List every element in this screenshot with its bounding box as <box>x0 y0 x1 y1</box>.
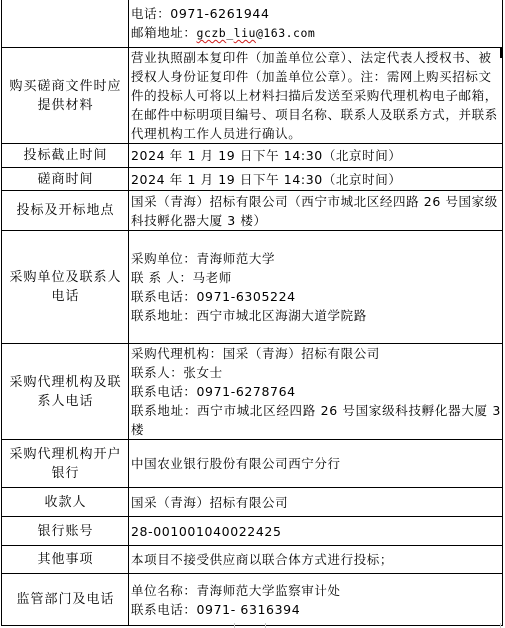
agency-phone: 联系电话：0971-6278764 <box>131 382 501 401</box>
table-row-required-materials: 购买磋商文件时应提供材料 营业执照副本复印件（加盖单位公章）、法定代表人授权书、… <box>2 48 503 144</box>
row-value: 采购单位：青海师范大学 联 系 人：马老师 联系电话：0971-6305224 … <box>129 231 503 344</box>
purchaser-contact-person: 联 系 人：马老师 <box>131 268 501 287</box>
row-value: 电话：0971-6261944 邮箱地址：gczb_liu@163.com <box>129 0 503 48</box>
row-value: 本项目不接受供应商以联合体方式进行投标； <box>129 546 503 574</box>
supervision-phone: 联系电话：0971- 6316394 <box>131 600 501 619</box>
page-edge-artifact <box>500 623 504 628</box>
table-row-other-matters: 其他事项 本项目不接受供应商以联合体方式进行投标； <box>2 546 503 574</box>
supervision-unit: 单位名称：青海师范大学监察审计处 <box>131 581 501 600</box>
email-local-part-b: liu <box>234 26 256 40</box>
tender-info-table: 电话：0971-6261944 邮箱地址：gczb_liu@163.com 购买… <box>1 0 503 626</box>
row-value: 2024 年 1 月 19 日下午 14:30（北京时间） <box>129 144 503 168</box>
row-label: 投标截止时间 <box>2 144 129 168</box>
purchaser-address: 联系地址：西宁市城北区海湖大道学院路 <box>131 306 501 325</box>
row-label: 采购代理机构及联系人电话 <box>2 344 129 440</box>
table-row-purchaser-contact: 采购单位及联系人电话 采购单位：青海师范大学 联 系 人：马老师 联系电话：09… <box>2 231 503 344</box>
row-label: 投标及开标地点 <box>2 191 129 231</box>
purchaser-unit: 采购单位：青海师范大学 <box>131 249 501 268</box>
phone-line: 电话：0971-6261944 <box>131 4 501 23</box>
row-value: 单位名称：青海师范大学监察审计处 联系电话：0971- 6316394 <box>129 574 503 626</box>
row-value: 采购代理机构：国采（青海）招标有限公司 联系人：张女士 联系电话：0971-62… <box>129 344 503 440</box>
email-local-part-a: gczb <box>197 26 227 40</box>
table-row-contact-continuation: 电话：0971-6261944 邮箱地址：gczb_liu@163.com <box>2 0 503 48</box>
table-row-bid-deadline: 投标截止时间 2024 年 1 月 19 日下午 14:30（北京时间） <box>2 144 503 168</box>
purchaser-phone: 联系电话：0971-6305224 <box>131 287 501 306</box>
row-label: 磋商时间 <box>2 168 129 191</box>
row-value: 2024 年 1 月 19 日下午 14:30（北京时间） <box>129 168 503 191</box>
agency-address: 联系地址：西宁市城北区经四路 26 号国家级科技孵化器大厦 3 楼 <box>131 401 501 439</box>
row-label: 购买磋商文件时应提供材料 <box>2 48 129 144</box>
row-value: 营业执照副本复印件（加盖单位公章）、法定代表人授权书、被授权人身份证复印件（加盖… <box>129 48 503 144</box>
row-label <box>2 0 129 48</box>
agency-contact-person: 联系人：张女士 <box>131 363 501 382</box>
row-label: 采购单位及联系人电话 <box>2 231 129 344</box>
row-value: 国采（青海）招标有限公司（西宁市城北区经四路 26 号国家级科技孵化器大厦 3 … <box>129 191 503 231</box>
table-row-supervision: 监管部门及电话 单位名称：青海师范大学监察审计处 联系电话：0971- 6316… <box>2 574 503 626</box>
row-label: 收款人 <box>2 488 129 517</box>
email-line: 邮箱地址：gczb_liu@163.com <box>131 23 501 43</box>
row-value: 中国农业银行股份有限公司西宁分行 <box>129 440 503 488</box>
table-row-agency-bank: 采购代理机构开户银行 中国农业银行股份有限公司西宁分行 <box>2 440 503 488</box>
email-label: 邮箱地址： <box>131 25 197 40</box>
table-row-bank-account: 银行账号 28-001001040022425 <box>2 517 503 546</box>
table-row-agency-contact: 采购代理机构及联系人电话 采购代理机构：国采（青海）招标有限公司 联系人：张女士… <box>2 344 503 440</box>
email-domain: @163.com <box>256 26 315 40</box>
table-row-consultation-time: 磋商时间 2024 年 1 月 19 日下午 14:30（北京时间） <box>2 168 503 191</box>
row-value: 28-001001040022425 <box>129 517 503 546</box>
table-row-bid-location: 投标及开标地点 国采（青海）招标有限公司（西宁市城北区经四路 26 号国家级科技… <box>2 191 503 231</box>
email-separator: _ <box>226 26 233 40</box>
page-edge-artifact <box>234 623 266 628</box>
row-label: 采购代理机构开户银行 <box>2 440 129 488</box>
row-label: 银行账号 <box>2 517 129 546</box>
row-value: 国采（青海）招标有限公司 <box>129 488 503 517</box>
agency-name: 采购代理机构：国采（青海）招标有限公司 <box>131 344 501 363</box>
row-label: 监管部门及电话 <box>2 574 129 626</box>
table-row-payee: 收款人 国采（青海）招标有限公司 <box>2 488 503 517</box>
row-label: 其他事项 <box>2 546 129 574</box>
